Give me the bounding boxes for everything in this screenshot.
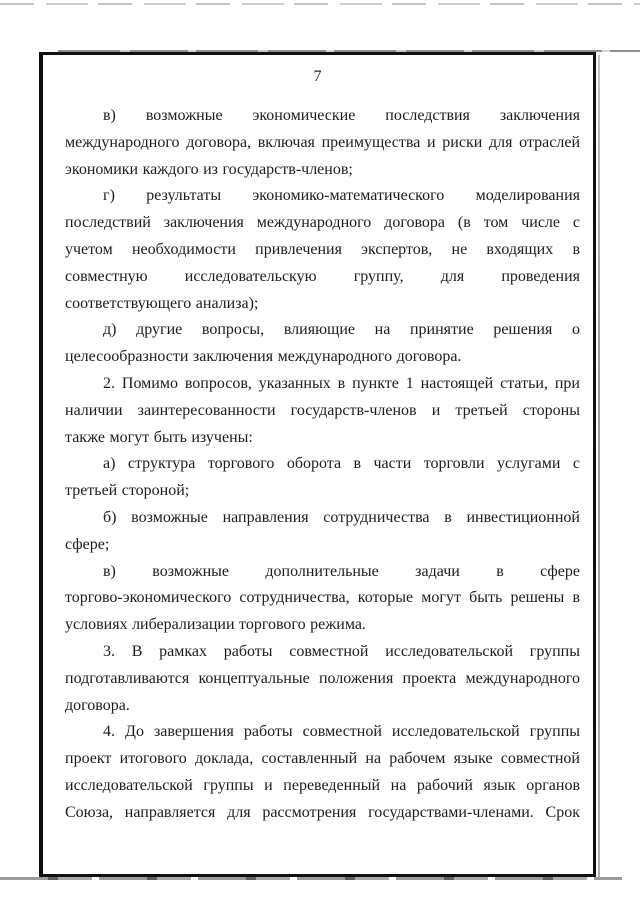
text-line: 4. До завершения работы совместной иссле… <box>65 719 580 746</box>
text-line: экономики каждого из государств-членов; <box>65 157 580 184</box>
paragraph: б) возможные направления сотрудничества … <box>65 505 580 559</box>
scan-image: { "colors": { "paper": "#ffffff", "ink":… <box>0 0 640 905</box>
text-line: третьей стороной; <box>65 478 580 505</box>
text-line: договора. <box>65 693 580 720</box>
paragraph: в) возможные экономические последствия з… <box>65 103 580 183</box>
text-line: д) другие вопросы, влияющие на принятие … <box>65 317 580 344</box>
paragraph: 2. Помимо вопросов, указанных в пункте 1… <box>65 371 580 451</box>
text-line: исследовательской группы и переведенный … <box>65 773 580 800</box>
text-line: сфере; <box>65 532 580 559</box>
scan-artifact-top-edge-line <box>0 3 640 5</box>
text-line: учетом необходимости привлечения эксперт… <box>65 237 580 264</box>
scan-artifact-right-border-shadow <box>598 55 600 877</box>
page-number: 7 <box>43 68 593 86</box>
text-line: соответствующего анализа); <box>65 291 580 318</box>
text-line: последствий заключения международного до… <box>65 210 580 237</box>
text-line: совместную исследовательскую группу, для… <box>65 264 580 291</box>
text-line: а) структура торгового оборота в части т… <box>65 451 580 478</box>
text-line: международного договора, включая преимущ… <box>65 130 580 157</box>
text-line: Союза, направляется для рассмотрения гос… <box>65 800 580 827</box>
text-line: в) возможные дополнительные задачи в сфе… <box>65 559 580 586</box>
scan-artifact-bottom-border-shadow <box>0 877 622 880</box>
paragraph: д) другие вопросы, влияющие на принятие … <box>65 317 580 371</box>
paragraph: 4. До завершения работы совместной иссле… <box>65 719 580 826</box>
text-line: также могут быть изучены: <box>65 425 580 452</box>
text-line: целесообразности заключения международно… <box>65 344 580 371</box>
text-line: наличии заинтересованности государств-чл… <box>65 398 580 425</box>
paragraph: 3. В рамках работы совместной исследоват… <box>65 639 580 719</box>
text-line: торгово-экономического сотрудничества, к… <box>65 585 580 612</box>
paragraph: а) структура торгового оборота в части т… <box>65 451 580 505</box>
text-line: 3. В рамках работы совместной исследоват… <box>65 639 580 666</box>
scan-page-background: 7 в) возможные экономические последствия… <box>0 0 640 905</box>
paragraph: г) результаты экономико-математического … <box>65 183 580 317</box>
text-line: г) результаты экономико-математического … <box>65 183 580 210</box>
text-line: подготавливаются концептуальные положени… <box>65 666 580 693</box>
paragraph: в) возможные дополнительные задачи в сфе… <box>65 559 580 639</box>
text-line: 2. Помимо вопросов, указанных в пункте 1… <box>65 371 580 398</box>
text-line: в) возможные экономические последствия з… <box>65 103 580 130</box>
text-line: проект итогового доклада, составленный н… <box>65 746 580 773</box>
document-body: в) возможные экономические последствия з… <box>65 103 580 827</box>
page-border-frame: 7 в) возможные экономические последствия… <box>39 52 596 877</box>
text-line: условиях либерализации торгового режима. <box>65 612 580 639</box>
text-line: б) возможные направления сотрудничества … <box>65 505 580 532</box>
